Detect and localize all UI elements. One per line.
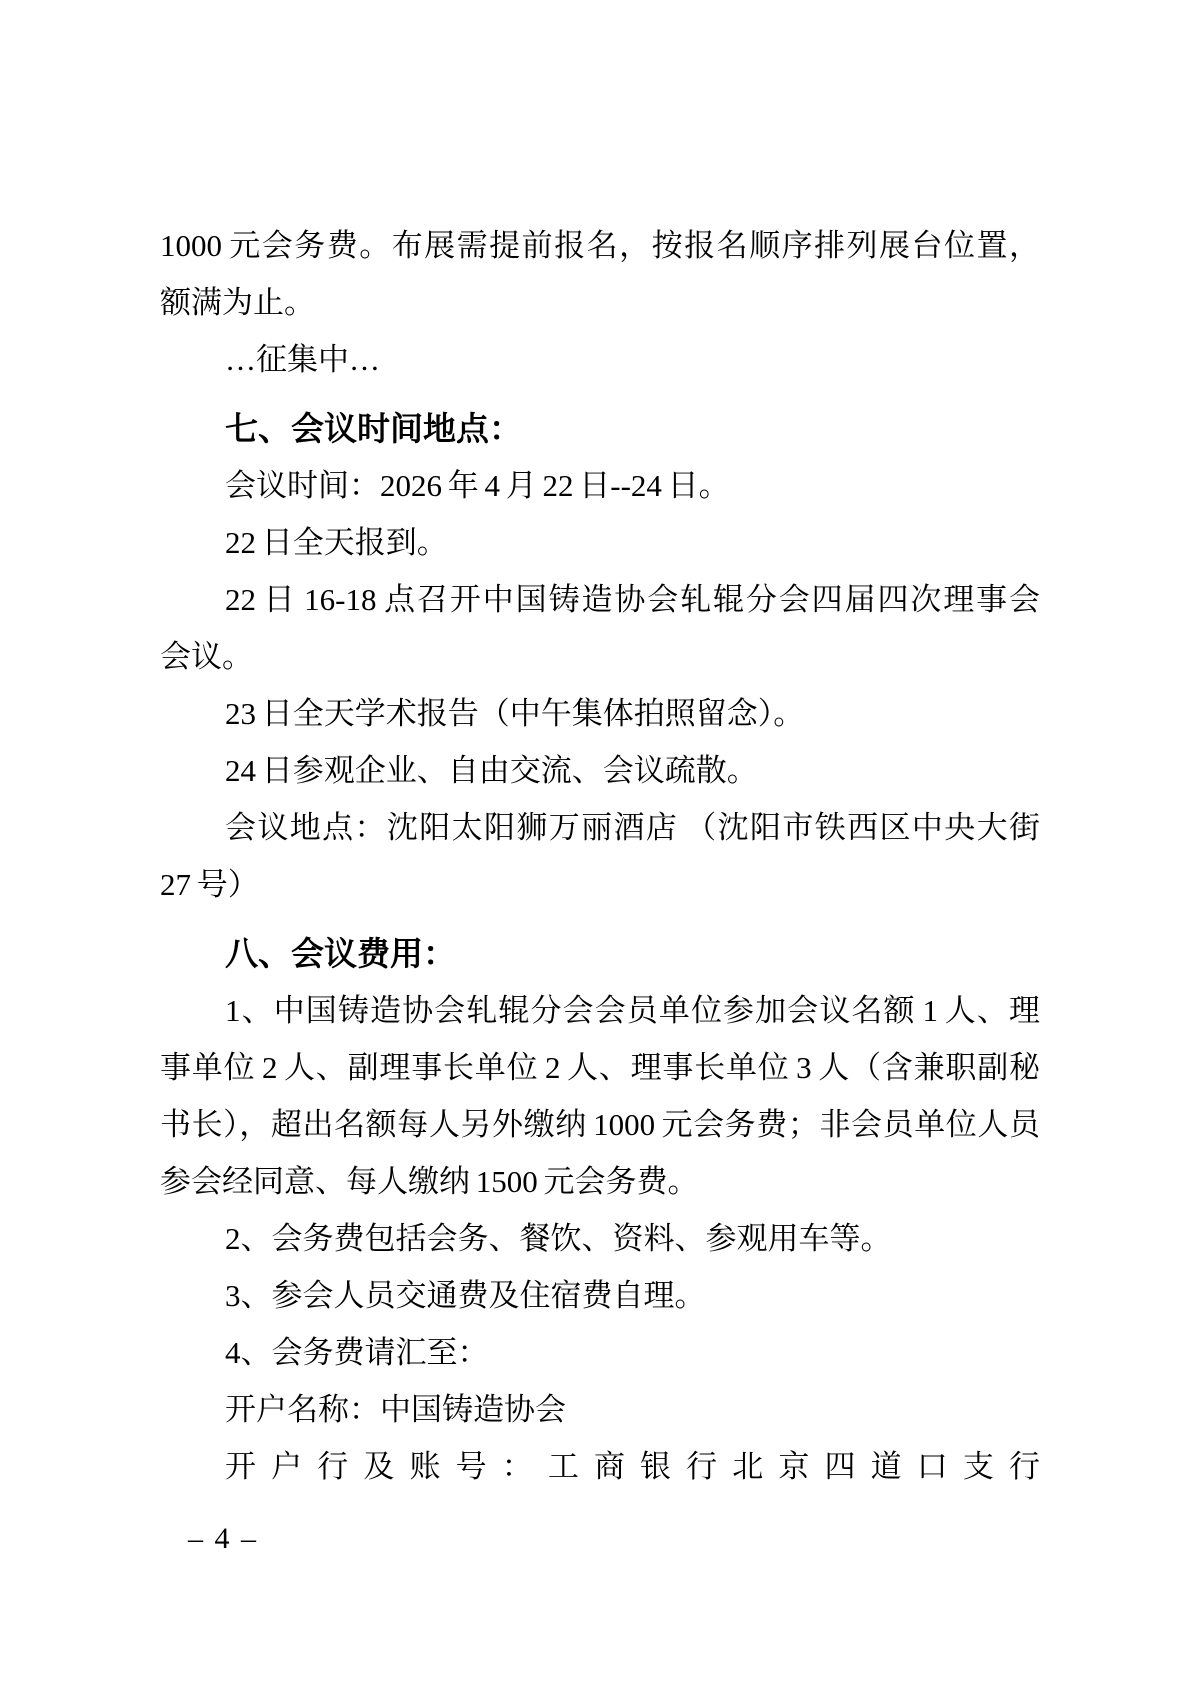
line-fee-includes: 2、会务费包括会务、餐饮、资料、参观用车等。 <box>160 1210 1040 1267</box>
document-page: 1000 元会务费。布展需提前报名，按报名顺序排列展台位置， 额满为止。 …征集… <box>0 0 1200 1697</box>
line-venue-1: 会议地点：沈阳太阳狮万丽酒店 （沈阳市铁西区中央大街 <box>160 799 1040 856</box>
line-fee-quota-2: 事单位 2 人、副理事长单位 2 人、理事长单位 3 人（含兼职副秘 <box>160 1039 1040 1096</box>
line-fee-remit-to: 4、会务费请汇至： <box>160 1324 1040 1381</box>
line-account-name: 开户名称：中国铸造协会 <box>160 1381 1040 1438</box>
line-fee-self-pay: 3、参会人员交通费及住宿费自理。 <box>160 1267 1040 1324</box>
line-day24-visits: 24 日参观企业、自由交流、会议疏散。 <box>160 742 1040 799</box>
line-booth-fee-end: 额满为止。 <box>160 274 1040 331</box>
line-day22-council-2: 会议。 <box>160 628 1040 685</box>
line-soliciting: …征集中… <box>160 331 1040 388</box>
page-number: – 4 – <box>188 1524 258 1554</box>
heading-section8-fees: 八、会议费用： <box>160 925 1040 982</box>
heading-section7-time-place: 七、会议时间地点： <box>160 400 1040 457</box>
line-fee-quota-1: 1、中国铸造协会轧辊分会会员单位参加会议名额 1 人、理 <box>160 982 1040 1039</box>
line-day22-council-1: 22 日 16-18 点召开中国铸造协会轧辊分会四届四次理事会 <box>160 571 1040 628</box>
line-meeting-time: 会议时间：2026 年 4 月 22 日--24 日。 <box>160 457 1040 514</box>
line-day22-checkin: 22 日全天报到。 <box>160 514 1040 571</box>
line-day23-reports: 23 日全天学术报告（中午集体拍照留念）。 <box>160 685 1040 742</box>
line-booth-fee-continued: 1000 元会务费。布展需提前报名，按报名顺序排列展台位置， <box>160 217 1040 274</box>
line-fee-quota-4: 参会经同意、每人缴纳 1500 元会务费。 <box>160 1153 1040 1210</box>
line-account-bank: 开 户 行 及 账 号 ： 工 商 银 行 北 京 四 道 口 支 行 <box>160 1438 1040 1495</box>
document-body: 1000 元会务费。布展需提前报名，按报名顺序排列展台位置， 额满为止。 …征集… <box>160 217 1040 1495</box>
line-venue-2: 27 号） <box>160 856 1040 913</box>
line-fee-quota-3: 书长），超出名额每人另外缴纳 1000 元会务费；非会员单位人员 <box>160 1096 1040 1153</box>
